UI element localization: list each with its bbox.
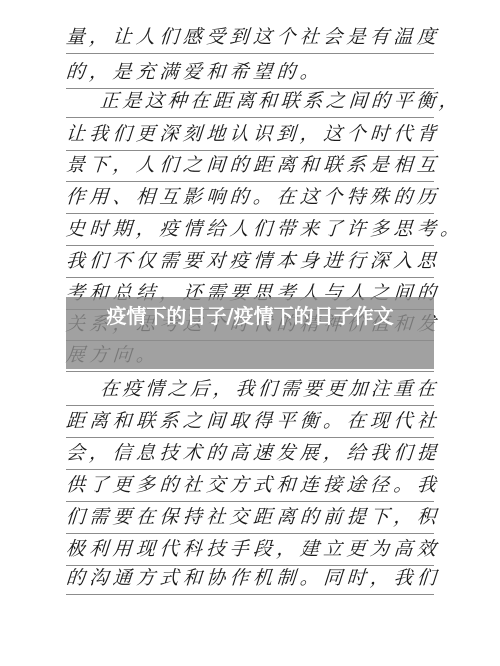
document-line: 距离和联系之间取得平衡。在现代社 [66,408,434,438]
line-text: 的，是充满爱和希望的。 [65,57,435,84]
line-text: 量，让人们感受到这个社会是有温度 [65,22,435,49]
document-line: 量，让人们感受到这个社会是有温度 [66,24,434,54]
line-text: 的沟通方式和协作机制。同时，我们 [65,563,435,590]
line-text: 们需要在保持社交距离的前提下，积 [65,502,435,529]
document-line: 的沟通方式和协作机制。同时，我们 [66,565,434,595]
document-line: 供了更多的社交方式和连接途径。我 [66,472,434,502]
overlay-title: 疫情下的日子/疫情下的日子作文 [66,303,434,329]
line-text: 让我们更深刻地认识到，这个时代背 [65,119,435,146]
line-text: 会，信息技术的高速发展，给我们提 [65,438,435,465]
line-text: 作用、相互影响的。在这个特殊的历 [65,182,435,209]
document-line: 会，信息技术的高速发展，给我们提 [66,440,434,470]
line-text: 在疫情之后，我们需要更加注重在 [65,374,469,401]
line-text: 极利用现代科技手段，建立更为高效 [65,534,435,561]
line-text: 史时期，疫情给人们带来了许多思考。 [65,214,435,241]
document-line: 史时期，疫情给人们带来了许多思考。 [66,216,434,246]
document-line: 们需要在保持社交距离的前提下，积 [66,504,434,534]
document-line: 极利用现代科技手段，建立更为高效 [66,536,434,566]
document-line: 我们不仅需要对疫情本身进行深入思 [66,248,434,278]
document-line: 让我们更深刻地认识到，这个时代背 [66,121,434,151]
line-text: 距离和联系之间取得平衡。在现代社 [65,406,435,433]
document-line: 正是这种在距离和联系之间的平衡， [66,88,434,118]
document-line: 作用、相互影响的。在这个特殊的历 [66,184,434,214]
line-text: 供了更多的社交方式和连接途径。我 [65,470,435,497]
document-line: 景下，人们之间的距离和联系是相互 [66,152,434,182]
line-text: 景下，人们之间的距离和联系是相互 [65,150,435,177]
document-line: 在疫情之后，我们需要更加注重在 [66,376,434,406]
line-text: 正是这种在距离和联系之间的平衡， [65,86,469,113]
document-line: 的，是充满爱和希望的。 [66,59,434,89]
line-text: 我们不仅需要对疫情本身进行深入思 [65,246,435,273]
